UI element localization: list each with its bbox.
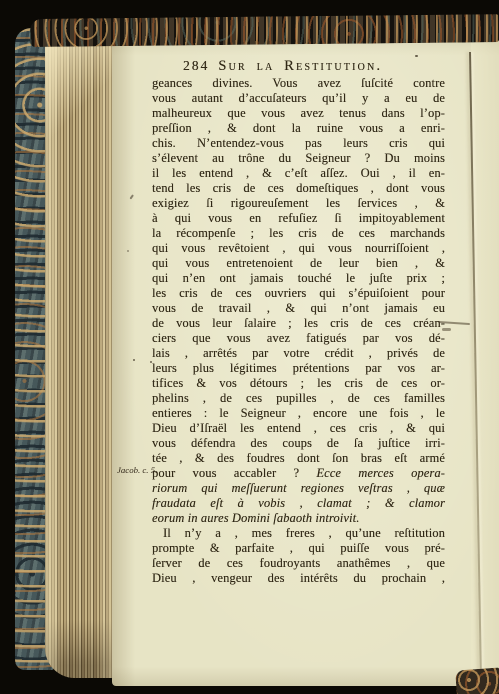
text-line: de vous leur ſalaire ; les cris de ces c…	[152, 316, 445, 331]
text-line: fraudata eſt à vobis , clamat ; & clamor	[152, 496, 445, 511]
ink-speck	[415, 55, 418, 57]
text-segment: vous de travail , & qui n’ont jamais eu	[152, 301, 445, 315]
text-line: leurs plus légitimes prétentions par vos…	[152, 361, 445, 376]
text-line: à qui vous en refuſiez ſi impitoyablemen…	[152, 211, 445, 226]
text-line: tifices & vos détours ; les cris de ces …	[152, 376, 445, 391]
text-segment: il les entend , & c’eſt aſſez. Oui , il …	[152, 166, 445, 180]
ink-speck	[133, 359, 135, 361]
latin-quote-segment: eorum in aures Domini ſabaoth introivit.	[152, 511, 359, 525]
text-segment: malheureux que vous avez tenus dans l’op…	[152, 106, 445, 120]
page-number: 284	[183, 58, 209, 73]
text-segment: vous autant d’accuſateurs qu’il y a eu d…	[152, 91, 445, 105]
text-line: il les entend , & c’eſt aſſez. Oui , il …	[152, 166, 445, 181]
text-segment: Dieu d’Iſraël les entend , ces cris , & …	[152, 421, 445, 435]
text-line: les cris de ces ouvriers qui s’épuiſoien…	[152, 286, 445, 301]
text-segment: Il n’y a , mes freres , qu’une reſtituti…	[163, 526, 445, 540]
text-line: Il n’y a , mes freres , qu’une reſtituti…	[152, 526, 445, 541]
scan-background: { "book": { "header": { "page_number": "…	[0, 0, 499, 694]
text-segment: chis. N’entendez-vous pas leurs cris qui	[152, 136, 445, 150]
text-segment: prompte & parfaite , qui puiſſe vous pré…	[152, 541, 445, 555]
text-line: geances divines. Vous avez ſuſcité contr…	[152, 76, 445, 91]
text-segment: phelins , de ces pupilles , de ces famil…	[152, 391, 445, 405]
text-segment: exigiez ſi rigoureuſement les ſervices ,…	[152, 196, 445, 210]
text-line: qui vous revêtoient , qui vous nourriſſo…	[152, 241, 445, 256]
text-segment: qui vous entretenoient de leur bien , &	[152, 256, 445, 270]
text-line: malheureux que vous avez tenus dans l’op…	[152, 106, 445, 121]
book-cover-marbled-bottom-right-corner	[455, 667, 499, 694]
text-line: chis. N’entendez-vous pas leurs cris qui	[152, 136, 445, 151]
text-line: tée , & des foudres dont ſon bras eſt ar…	[152, 451, 445, 466]
text-line: prompte & parfaite , qui puiſſe vous pré…	[152, 541, 445, 556]
text-segment: ſerver de ces foudroyants anathêmes , qu…	[152, 556, 445, 570]
text-line: preſſion , & dont la ruine vous a enri-	[152, 121, 445, 136]
text-segment: les cris de ces ouvriers qui s’épuiſoien…	[152, 286, 445, 300]
body-lines: geances divines. Vous avez ſuſcité contr…	[152, 76, 445, 586]
text-segment: qui vous revêtoient , qui vous nourriſſo…	[152, 241, 445, 255]
page-header: 284Sur la Restitution.	[152, 58, 445, 76]
text-line: exigiez ſi rigoureuſement les ſervices ,…	[152, 196, 445, 211]
page-stack-fore-edges	[45, 30, 115, 678]
text-segment: à qui vous en refuſiez ſi impitoyablemen…	[152, 211, 445, 225]
text-segment: lais , arrêtés par votre crédit , privés…	[152, 346, 445, 360]
text-line: vous de travail , & qui n’ont jamais eu	[152, 301, 445, 316]
text-line: s’élevent au trône du Seigneur ? Du moin…	[152, 151, 445, 166]
latin-quote-segment: fraudata eſt à vobis , clamat ; & clamor	[152, 496, 445, 510]
text-segment: vous défendra des coups de ſa juſtice ir…	[152, 436, 445, 450]
text-line: riorum qui meſſuerunt regiones veſtras ,…	[152, 481, 445, 496]
margin-note-citation: Jacob. c. 5.	[117, 465, 163, 475]
running-title: Sur la Restitution.	[218, 58, 382, 74]
paper-scratch	[442, 328, 451, 331]
latin-quote-segment: Ecce merces opera-	[316, 466, 445, 480]
text-segment: Dieu , vengeur des intérêts du prochain …	[152, 571, 445, 585]
text-segment: tée , & des foudres dont ſon bras eſt ar…	[152, 451, 445, 465]
text-line: entieres : le Seigneur , encore une fois…	[152, 406, 445, 421]
text-line: ciers que vous avez fatigués par vos dé-	[152, 331, 445, 346]
text-line: vous autant d’accuſateurs qu’il y a eu d…	[152, 91, 445, 106]
text-line: pour vous accabler ? Ecce merces opera-	[152, 466, 445, 481]
text-line: Dieu , vengeur des intérêts du prochain …	[152, 571, 445, 586]
text-line: phelins , de ces pupilles , de ces famil…	[152, 391, 445, 406]
text-segment: geances divines. Vous avez ſuſcité contr…	[152, 76, 445, 90]
ink-speck	[127, 250, 129, 252]
text-line: eorum in aures Domini ſabaoth introivit.	[152, 511, 445, 526]
latin-quote-segment: riorum qui meſſuerunt regiones veſtras ,…	[152, 481, 445, 495]
text-segment: la récompenſe ; les cris de ces marchand…	[152, 226, 445, 240]
text-line: qui n’en ont jamais touché le juſte prix…	[152, 271, 445, 286]
text-segment: pour vous accabler ?	[152, 466, 316, 480]
text-line: qui vous entretenoient de leur bien , &	[152, 256, 445, 271]
text-segment: de vous leur ſalaire ; les cris de ces c…	[152, 316, 445, 330]
text-line: lais , arrêtés par votre crédit , privés…	[152, 346, 445, 361]
book-head-edge-marbled	[30, 14, 499, 47]
text-segment: tifices & vos détours ; les cris de ces …	[152, 376, 445, 390]
ink-speck	[129, 194, 133, 199]
text-segment: tend les cris de ces domeſtiques , dont …	[152, 181, 445, 195]
text-line: la récompenſe ; les cris de ces marchand…	[152, 226, 445, 241]
text-segment: s’élevent au trône du Seigneur ? Du moin…	[152, 151, 445, 165]
text-segment: leurs plus légitimes prétentions par vos…	[152, 361, 445, 375]
book-page: 284Sur la Restitution. geances divines. …	[112, 36, 499, 686]
ink-speck	[150, 361, 152, 363]
text-segment: preſſion , & dont la ruine vous a enri-	[152, 121, 445, 135]
text-segment: entieres : le Seigneur , encore une fois…	[152, 406, 445, 420]
text-line: ſerver de ces foudroyants anathêmes , qu…	[152, 556, 445, 571]
text-block: 284Sur la Restitution. geances divines. …	[152, 58, 445, 586]
text-line: vous défendra des coups de ſa juſtice ir…	[152, 436, 445, 451]
text-segment: ciers que vous avez fatigués par vos dé-	[152, 331, 445, 345]
text-segment: qui n’en ont jamais touché le juſte prix…	[152, 271, 445, 285]
text-line: Dieu d’Iſraël les entend , ces cris , & …	[152, 421, 445, 436]
text-line: tend les cris de ces domeſtiques , dont …	[152, 181, 445, 196]
page-stack-sheen	[45, 30, 115, 678]
